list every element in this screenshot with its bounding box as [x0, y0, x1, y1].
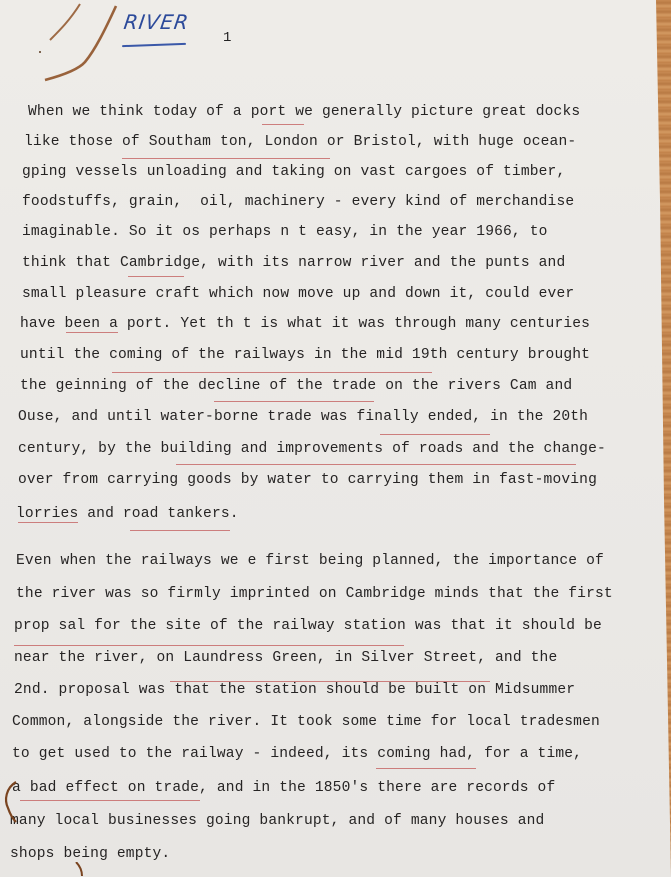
typed-line: near the river, on Laundress Green, in S…	[14, 650, 557, 666]
typed-line: lorries and road tankers.	[16, 506, 239, 522]
red-pen-underline	[14, 645, 404, 646]
typed-line: shops being empty.	[10, 846, 170, 862]
brown-stain-slash-marks-icon	[0, 0, 130, 90]
typed-line: When we think today of a port we general…	[28, 104, 580, 120]
typewritten-page: RIVER 1 When we think today of a port we…	[0, 0, 671, 877]
handwritten-underline	[122, 43, 186, 47]
typed-line: until the coming of the railways in the …	[20, 347, 590, 363]
typed-line: over from carrying goods by water to car…	[18, 472, 597, 488]
typed-line: Ouse, and until water-borne trade was fi…	[18, 409, 588, 425]
typed-line: Common, alongside the river. It took som…	[12, 714, 600, 730]
red-pen-underline	[122, 158, 330, 159]
typed-line: the geinning of the decline of the trade…	[20, 378, 572, 394]
typed-line: gping vessels unloading and taking on va…	[22, 164, 565, 180]
typed-line: prop sal for the site of the railway sta…	[14, 618, 602, 634]
red-pen-underline	[20, 800, 200, 801]
brown-margin-mark-icon	[70, 862, 90, 877]
red-pen-underline	[170, 681, 490, 682]
red-pen-underline	[262, 124, 304, 125]
page-number: 1	[223, 30, 231, 46]
typed-line: 2nd. proposal was that the station shoul…	[14, 682, 575, 698]
typed-line: the river was so firmly imprinted on Cam…	[16, 586, 613, 602]
typed-line: foodstuffs, grain, oil, machinery - ever…	[22, 194, 574, 210]
typed-line: imaginable. So it os perhaps n t easy, i…	[22, 224, 548, 240]
red-pen-underline	[112, 372, 432, 373]
typed-line: century, by the building and improvement…	[18, 441, 606, 457]
typed-line: like those of Southam ton, London or Bri…	[24, 134, 576, 150]
typed-line: Even when the railways we e first being …	[16, 553, 604, 569]
red-pen-underline	[214, 401, 374, 402]
red-pen-underline	[380, 434, 490, 435]
typed-line: a bad effect on trade, and in the 1850's…	[12, 780, 555, 796]
red-pen-underline	[18, 522, 78, 523]
red-pen-underline	[130, 530, 230, 531]
typed-line: think that Cambridge, with its narrow ri…	[22, 255, 565, 271]
typed-line: have been a port. Yet th t is what it wa…	[20, 316, 590, 332]
red-pen-underline	[66, 332, 118, 333]
red-pen-underline	[128, 276, 184, 277]
handwritten-river-label: RIVER	[122, 10, 190, 34]
page-header: RIVER 1	[0, 0, 671, 90]
typed-line: many local businesses going bankrupt, an…	[10, 813, 544, 829]
brown-margin-bracket-icon	[2, 778, 22, 838]
red-pen-underline	[176, 464, 576, 465]
typed-line: to get used to the railway - indeed, its…	[12, 746, 582, 762]
red-pen-underline	[376, 768, 476, 769]
typed-line: small pleasure craft which now move up a…	[22, 286, 574, 302]
